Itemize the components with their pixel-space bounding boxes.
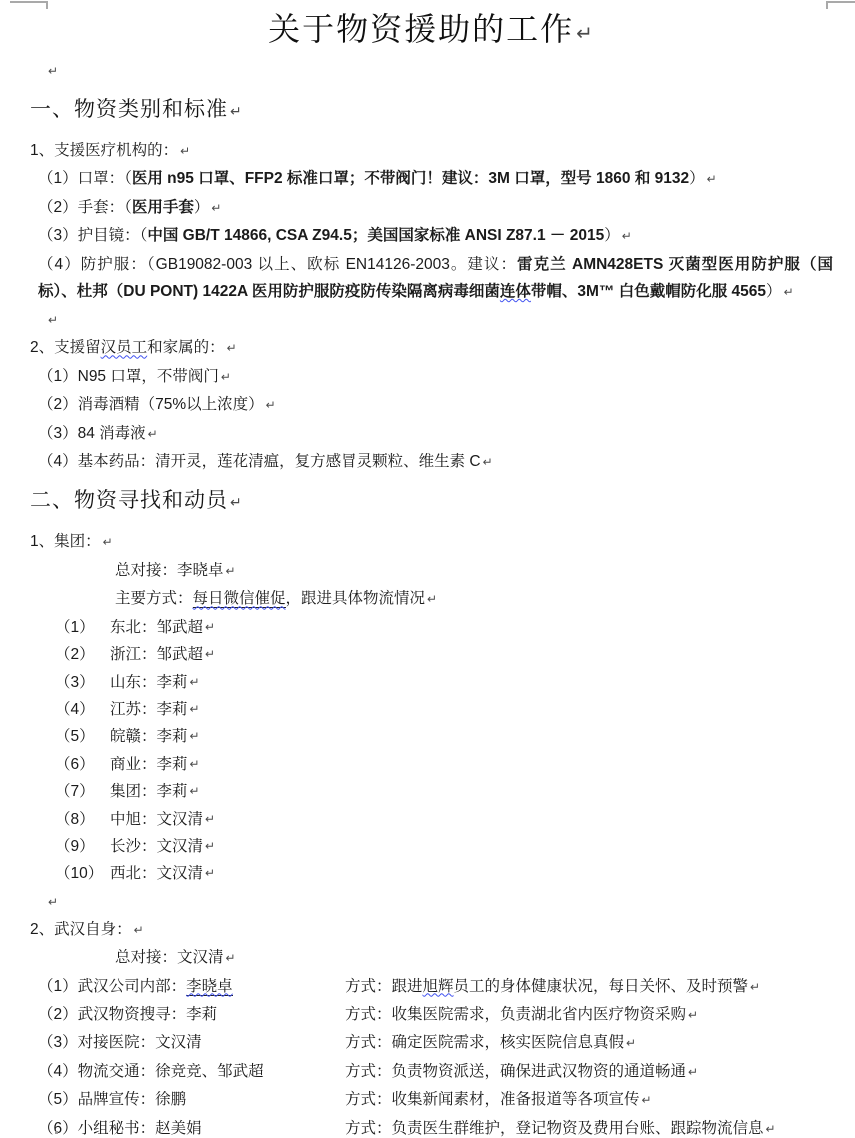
assignment-role: （2）武汉物资搜寻：李莉 — [38, 1001, 345, 1029]
pilcrow-mark: ↵ — [266, 398, 276, 412]
item-bold-text: 医用 n95 口罩、FFP2 标准口罩；不带阀门！建议：3M 口罩，型号 186… — [132, 170, 689, 187]
group-label-employees: 2、支援留汉员工和家属的：↵ — [30, 334, 833, 362]
pilcrow-mark: ↵ — [190, 669, 200, 696]
assignment-row: （5）品牌宣传：徐鹏方式：收集新闻素材，准备报道等各项宣传↵ — [38, 1086, 833, 1114]
pilcrow-mark: ↵ — [750, 980, 760, 994]
pilcrow-mark: ↵ — [48, 64, 58, 78]
list-text: 山东：李莉 — [110, 669, 188, 696]
group-label-medical: 1、支援医疗机构的：↵ — [30, 137, 833, 165]
spellcheck-wavy-text: 连体 — [500, 283, 531, 300]
assignment-role: （5）品牌宣传：徐鹏 — [38, 1086, 345, 1114]
item-prefix: （2）手套：（ — [38, 199, 132, 216]
lead-text: 主要方式： — [115, 590, 193, 607]
list-number: （10） — [55, 860, 110, 887]
lead-text: 总对接：文汉清 — [115, 949, 224, 966]
pilcrow-mark: ↵ — [221, 370, 231, 384]
document-body: 关于物资援助的工作↵ ↵ 一、物资类别和标准↵ 1、支援医疗机构的：↵ （1）口… — [0, 0, 855, 1138]
pilcrow-mark: ↵ — [134, 923, 144, 937]
role-text: （5）品牌宣传：徐鹏 — [38, 1091, 186, 1108]
pilcrow-mark: ↵ — [190, 778, 200, 805]
pilcrow-mark: ↵ — [622, 229, 632, 243]
pilcrow-mark: ↵ — [180, 144, 190, 158]
assignment-role: （1）武汉公司内部：李晓卓 — [38, 973, 345, 1001]
list-text: 东北：邹武超 — [110, 614, 203, 641]
list-text: 集团：李莉 — [110, 778, 188, 805]
pilcrow-mark: ↵ — [205, 641, 215, 668]
lead-line-method: 主要方式：每日微信催促，跟进具体物流情况↵ — [115, 585, 833, 613]
pilcrow-mark: ↵ — [190, 723, 200, 750]
supply-item-goggles: （3）护目镜：（中国 GB/T 14866, CSA Z94.5；美国国家标准 … — [38, 222, 833, 250]
assignment-method: 方式：负责物资派送，确保进武汉物资的通道畅通↵ — [345, 1058, 833, 1086]
role-text: （2）武汉物资搜寻：李莉 — [38, 1006, 217, 1023]
crop-mark-top-right — [826, 1, 855, 9]
list-text: 商业：李莉 — [110, 751, 188, 778]
item-bold-text: 医用手套 — [132, 199, 194, 216]
list-text: 中旭：文汉清 — [110, 806, 203, 833]
pilcrow-mark: ↵ — [226, 564, 236, 578]
section-heading-2-text: 二、物资寻找和动员 — [30, 488, 228, 512]
region-list-item: （3）山东：李莉↵ — [55, 669, 833, 696]
doc-title-text: 关于物资援助的工作 — [268, 11, 574, 47]
group-label-wuhan: 2、武汉自身：↵ — [30, 916, 833, 944]
assignment-row: （4）物流交通：徐竞竞、邹武超方式：负责物资派送，确保进武汉物资的通道畅通↵ — [38, 1058, 833, 1086]
assignment-row: （1）武汉公司内部：李晓卓方式：跟进旭辉员工的身体健康状况，每日关怀、及时预警↵ — [38, 973, 833, 1001]
pilcrow-mark: ↵ — [48, 313, 58, 327]
group-label-text: 1、集团： — [30, 533, 101, 550]
assignment-method: 方式：收集新闻素材，准备报道等各项宣传↵ — [345, 1086, 833, 1114]
pilcrow-mark: ↵ — [103, 535, 113, 549]
assignment-method: 方式：负责医生群维护，登记物资及费用台账、跟踪物流信息↵ — [345, 1115, 833, 1138]
supply-item-masks: （1）口罩：（医用 n95 口罩、FFP2 标准口罩；不带阀门！建议：3M 口罩… — [38, 165, 833, 193]
item-bold-text: 带帽、3M™ 白色戴帽防化服 4565 — [531, 283, 766, 300]
assignment-method: 方式：跟进旭辉员工的身体健康状况，每日关怀、及时预警↵ — [345, 973, 833, 1001]
assignment-row: （3）对接医院：文汉清方式：确定医院需求，核实医院信息真假↵ — [38, 1029, 833, 1057]
spellcheck-wavy-text: 旭辉 — [423, 978, 454, 995]
pilcrow-mark: ↵ — [784, 285, 794, 299]
method-text: 方式：收集新闻素材，准备报道等各项宣传 — [345, 1091, 640, 1108]
underlined-wavy-name: 李晓卓 — [186, 978, 233, 995]
lead-line-coordinator: 总对接：文汉清↵ — [115, 944, 833, 972]
item-prefix: （4）防护服：（GB19082-003 以上、欧标 EN14126-2003。建… — [38, 256, 517, 273]
region-list-item: （9）长沙：文汉清↵ — [55, 833, 833, 860]
pilcrow-mark: ↵ — [576, 23, 595, 45]
crop-mark-top-left — [10, 1, 48, 9]
region-list-item: （7）集团：李莉↵ — [55, 778, 833, 805]
pilcrow-mark: ↵ — [707, 172, 717, 186]
method-text: 员工的身体健康状况，每日关怀、及时预警 — [454, 978, 749, 995]
role-text: （3）对接医院：文汉清 — [38, 1034, 202, 1051]
pilcrow-mark: ↵ — [205, 833, 215, 860]
list-number: （9） — [55, 833, 110, 860]
pilcrow-mark: ↵ — [205, 860, 215, 887]
supply-item-alcohol: （2）消毒酒精（75%以上浓度）↵ — [38, 391, 833, 419]
pilcrow-mark: ↵ — [688, 1065, 698, 1079]
group-label-text: 2、支援留 — [30, 339, 101, 356]
item-prefix: （1）口罩：（ — [38, 170, 132, 187]
list-text: 浙江：邹武超 — [110, 641, 203, 668]
pilcrow-mark: ↵ — [211, 201, 221, 215]
item-suffix: ） — [689, 170, 705, 187]
item-text: （1）N95 口罩，不带阀门 — [38, 368, 219, 385]
list-number: （2） — [55, 641, 110, 668]
role-text: （6）小组秘书：赵美娟 — [38, 1120, 202, 1137]
pilcrow-mark: ↵ — [230, 496, 243, 511]
item-text: （2）消毒酒精（75%以上浓度） — [38, 396, 264, 413]
region-list-item: （5）皖赣：李莉↵ — [55, 723, 833, 750]
pilcrow-mark: ↵ — [190, 696, 200, 723]
method-text: 方式：负责物资派送，确保进武汉物资的通道畅通 — [345, 1063, 686, 1080]
pilcrow-mark: ↵ — [626, 1036, 636, 1050]
region-list-item: （4）江苏：李莉↵ — [55, 696, 833, 723]
region-list-item: （1）东北：邹武超↵ — [55, 614, 833, 641]
supply-item-disinfectant: （3）84 消毒液↵ — [38, 420, 833, 448]
pilcrow-mark: ↵ — [427, 592, 437, 606]
region-list-item: （10）西北：文汉清↵ — [55, 860, 833, 887]
pilcrow-mark: ↵ — [642, 1093, 652, 1107]
lead-text: ，跟进具体物流情况 — [286, 590, 426, 607]
assignment-method: 方式：确定医院需求，核实医院信息真假↵ — [345, 1029, 833, 1057]
supply-item-n95: （1）N95 口罩，不带阀门↵ — [38, 363, 833, 391]
document-page[interactable]: 关于物资援助的工作↵ ↵ 一、物资类别和标准↵ 1、支援医疗机构的：↵ （1）口… — [0, 0, 855, 1138]
assignment-row: （2）武汉物资搜寻：李莉方式：收集医院需求，负责湖北省内医疗物资采购↵ — [38, 1001, 833, 1029]
region-list-item: （6）商业：李莉↵ — [55, 751, 833, 778]
doc-title: 关于物资援助的工作↵ — [30, 6, 833, 57]
list-number: （7） — [55, 778, 110, 805]
pilcrow-mark: ↵ — [766, 1122, 776, 1136]
method-text: 方式：负责医生群维护，登记物资及费用台账、跟踪物流信息 — [345, 1120, 764, 1137]
list-number: （6） — [55, 751, 110, 778]
supply-item-gloves: （2）手套：（医用手套）↵ — [38, 194, 833, 222]
pilcrow-mark: ↵ — [190, 751, 200, 778]
pilcrow-mark: ↵ — [227, 341, 237, 355]
supply-item-protective-suits: （4）防护服：（GB19082-003 以上、欧标 EN14126-2003。建… — [38, 251, 833, 307]
section-heading-2: 二、物资寻找和动员↵ — [30, 486, 833, 518]
item-text: （4）基本药品：清开灵，莲花清瘟，复方感冒灵颗粒、维生素 C — [38, 453, 481, 470]
item-text: （3）84 消毒液 — [38, 425, 146, 442]
item-suffix: ） — [604, 227, 620, 244]
item-suffix: ） — [194, 199, 210, 216]
list-number: （1） — [55, 614, 110, 641]
group-label-text: 2、武汉自身： — [30, 921, 132, 938]
item-prefix: （3）护目镜：（ — [38, 227, 147, 244]
list-text: 长沙：文汉清 — [110, 833, 203, 860]
spellcheck-wavy-text: 汉员工 — [101, 339, 148, 356]
group-label-group: 1、集团：↵ — [30, 528, 833, 556]
pilcrow-mark: ↵ — [205, 614, 215, 641]
pilcrow-mark: ↵ — [205, 806, 215, 833]
underlined-wavy-text: 每日微信催促 — [193, 590, 286, 607]
assignment-role: （4）物流交通：徐竞竞、邹武超 — [38, 1058, 345, 1086]
role-text: （4）物流交通：徐竞竞、邹武超 — [38, 1063, 264, 1080]
empty-paragraph: ↵ — [46, 57, 833, 85]
assignment-row: （6）小组秘书：赵美娟方式：负责医生群维护，登记物资及费用台账、跟踪物流信息↵ — [38, 1115, 833, 1138]
pilcrow-mark: ↵ — [48, 895, 58, 909]
list-text: 西北：文汉清 — [110, 860, 203, 887]
list-number: （8） — [55, 806, 110, 833]
assignment-role: （3）对接医院：文汉清 — [38, 1029, 345, 1057]
method-text: 方式：确定医院需求，核实医院信息真假 — [345, 1034, 624, 1051]
list-text: 皖赣：李莉 — [110, 723, 188, 750]
group-label-text: 和家属的： — [147, 339, 225, 356]
region-list-item: （2）浙江：邹武超↵ — [55, 641, 833, 668]
section-heading-1: 一、物资类别和标准↵ — [30, 95, 833, 127]
region-list-item: （8）中旭：文汉清↵ — [55, 806, 833, 833]
role-text: （1）武汉公司内部： — [38, 978, 186, 995]
pilcrow-mark: ↵ — [226, 951, 236, 965]
empty-paragraph: ↵ — [46, 888, 833, 916]
section-heading-1-text: 一、物资类别和标准 — [30, 97, 228, 121]
pilcrow-mark: ↵ — [230, 105, 243, 120]
assignment-method: 方式：收集医院需求，负责湖北省内医疗物资采购↵ — [345, 1001, 833, 1029]
lead-line-coordinator: 总对接：李晓卓↵ — [115, 557, 833, 585]
group-label-text: 1、支援医疗机构的： — [30, 142, 178, 159]
list-number: （5） — [55, 723, 110, 750]
pilcrow-mark: ↵ — [148, 427, 158, 441]
item-bold-text: 中国 GB/T 14866, CSA Z94.5；美国国家标准 ANSI Z87… — [147, 227, 604, 244]
supply-item-medicine: （4）基本药品：清开灵，莲花清瘟，复方感冒灵颗粒、维生素 C↵ — [38, 448, 833, 476]
lead-text: 总对接：李晓卓 — [115, 562, 224, 579]
method-text: 方式：收集医院需求，负责湖北省内医疗物资采购 — [345, 1006, 686, 1023]
item-suffix: ） — [766, 283, 782, 300]
list-number: （3） — [55, 669, 110, 696]
pilcrow-mark: ↵ — [483, 455, 493, 469]
assignment-role: （6）小组秘书：赵美娟 — [38, 1115, 345, 1138]
empty-paragraph: ↵ — [46, 306, 833, 334]
list-text: 江苏：李莉 — [110, 696, 188, 723]
partial-pilcrow-bottom — [55, 1131, 58, 1134]
list-number: （4） — [55, 696, 110, 723]
method-text: 方式：跟进 — [345, 978, 423, 995]
pilcrow-mark: ↵ — [688, 1008, 698, 1022]
